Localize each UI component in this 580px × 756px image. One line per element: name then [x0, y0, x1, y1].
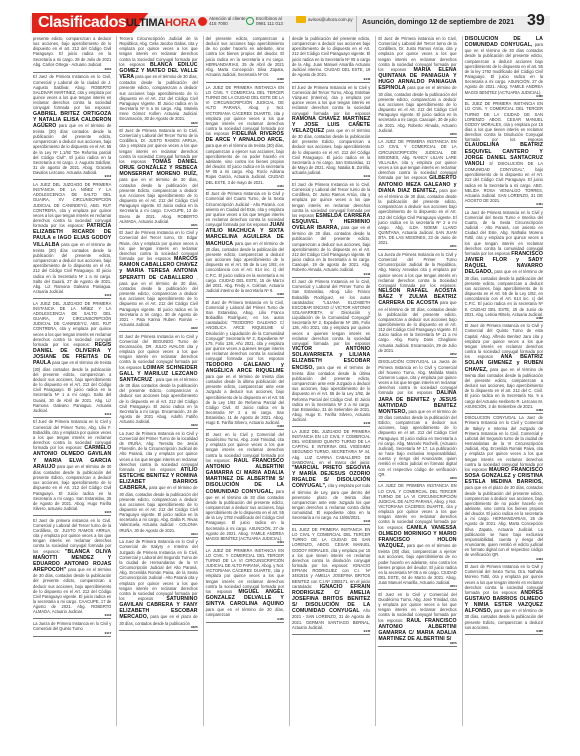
notice-body: La Juez de Primera Instancia en lo Civil… — [119, 431, 197, 472]
page-number: 39 — [527, 12, 545, 30]
notice-body-tail: para que en el término de treinta (30) d… — [33, 123, 111, 175]
legal-notice: El Juez de Primera Instancia en lo Civil… — [465, 323, 543, 414]
notice-body: LA JUEZ DE PRIMERA INSTANCIA EN LO CIVIL… — [206, 85, 284, 136]
notice-body-tail: para que en el término de treinta (30) d… — [33, 242, 111, 294]
notice-body-tail: para que en el término de 30 días, conta… — [292, 128, 370, 175]
legal-notice: LA JUEZ DE PRIMERA INSTANCIA EN LO CIVIL… — [378, 139, 456, 250]
legal-notice: El Juez de Primera Instancia en lo Civil… — [292, 182, 370, 278]
newspaper-logo: ULTIMAHORA — [126, 17, 196, 29]
legal-notice: EL JUEZ DE PRIMERA INSTANCIA EN LO CIVIL… — [465, 101, 543, 208]
legal-notice: DISOLUCIÓN CONYUGAL La Jueza de Primera … — [378, 359, 456, 481]
legal-notice: El Juez en lo Civil y Comercial del Duod… — [206, 432, 284, 546]
notice-ref-code: 9443 — [292, 422, 370, 425]
notice-ref-code: 9444 — [292, 520, 370, 523]
legal-notice: El Juez de Primera Instancia en lo Civil… — [119, 230, 197, 332]
legal-notice: El Juez de Primera Instancia en lo Civil… — [33, 74, 111, 180]
legal-notice: LA JUEZ DE PRIMERA INSTANCIA EN LO CIVIL… — [206, 548, 284, 623]
notice-body-tail: , para que en el término de 30 días cont… — [119, 377, 197, 424]
column-4: desde la publicación del presente edicto… — [289, 36, 372, 726]
notice-body-tail: para que en el término de treinta (30) d… — [206, 143, 284, 184]
column-2: Tercera Circunscripción Judicial de la R… — [116, 36, 199, 726]
notice-ref-code: 9441 — [292, 175, 370, 178]
notice-body: LA JUEZ DE PRIMERA INSTANCIA EN LO CIVIL… — [206, 548, 284, 594]
column-6: DISOLUCIÓN DE LA COMUNIDAD CONYUGAL, par… — [462, 36, 545, 726]
notice-body-tail: para que en el término de 30 días, conta… — [465, 269, 543, 316]
notice-ref-code: 9440 — [292, 78, 370, 81]
notice-ref-code: 9413 — [33, 294, 111, 297]
legal-notice: presente edicto, comparezcan a deducir s… — [33, 36, 111, 73]
column-5: El Juez de Primera instancia en lo Civil… — [375, 36, 458, 726]
notice-names: TEODORO GALEANO y ANGÉLICA ARCE RIQUELME — [206, 362, 284, 374]
logo-main: ULTIMA — [126, 17, 165, 29]
notice-body-tail: para que en el término de 30 días contad… — [33, 464, 111, 511]
notice-ref-code: 9416 — [33, 614, 111, 617]
legal-notice: El Juez de Primera instancia en lo Civil… — [378, 36, 456, 138]
notice-body: El Juez de Primera Instancia en lo Civil… — [206, 300, 284, 362]
contact-email: avisos@uhora.com.py — [296, 16, 353, 23]
notice-body: La Jueza de Primera Instancia en lo Civi… — [33, 621, 111, 631]
notice-body-tail: para que en el término de 30 días contad… — [465, 42, 543, 94]
legal-notice: La Jueza de Primera Instancia en lo Civi… — [378, 252, 456, 358]
notice-ref-code: 9417 — [33, 632, 111, 635]
notice-body: presente edicto, comparezcan a deducir s… — [33, 36, 111, 67]
notice-body: La Juez de Primera Instancia en lo Civil… — [465, 210, 543, 256]
legal-notice: La Juez de Primera Instancia en lo Civil… — [119, 539, 197, 631]
notice-body-tail: para que en el término de 30 días, conta… — [378, 85, 456, 132]
logo-accent: HORA — [165, 17, 196, 29]
notice-body: DISOLUCION CONYUGAL La Juez de Primera I… — [465, 415, 543, 472]
notice-body-tail: para que en el término de 30 días, conta… — [378, 300, 456, 352]
notice-ref-code: 9424 — [119, 533, 197, 536]
notice-body: LA JUEZ DE PRIMERA INSTANCIA EN LO CIVIL… — [378, 139, 456, 180]
notice-body-tail: para que en el término de 30 días contad… — [206, 489, 284, 541]
notice-ref-code: 9431 — [206, 185, 284, 188]
notice-body-tail: para que en el término de treinta (30) d… — [378, 543, 456, 585]
notice-ref-code: 9435 — [206, 618, 284, 621]
notice-ref-code: 9434 — [206, 541, 284, 544]
notice-body: desde la publicación del presente edicto… — [292, 36, 370, 77]
notice-ref-code: 9460 — [465, 95, 543, 98]
notice-ref-code: 9421 — [119, 224, 197, 227]
notice-body-tail: para que en el término de 30 días contad… — [378, 409, 456, 477]
dateline: Asunción, domingo 12 de septiembre de 20… — [362, 19, 514, 26]
notice-ref-code: 9465 — [465, 630, 543, 633]
notice-ref-code: 9433 — [206, 425, 284, 428]
notice-body-tail: para que en el término de 30 días, conta… — [378, 188, 456, 246]
notice-ref-code: 9454 — [378, 585, 456, 588]
notice-names: DISOLUCIÓN DE LA COMUNIDAD CONYUGAL, — [465, 36, 543, 48]
notice-body: LA JUEZ DE PRIMERA INSTANCIA EN LO CIVIL… — [378, 483, 456, 529]
notice-body-tail: para que en el término de 30 días, conta… — [206, 241, 284, 293]
notice-ref-code: 9422 — [119, 327, 197, 330]
legal-notice: LA JUEZ DE PRIMERA INSTANCIA EN LO CIVIL… — [206, 85, 284, 190]
header-divider — [356, 16, 357, 32]
legal-notice: Tercera Circunscripción Judicial de la R… — [119, 36, 197, 127]
notice-body: EL JUEZ DE PRIMERA INSTANCIA EN LO CIVIL… — [465, 101, 543, 142]
legal-notice: El Juez de primera instancia en lo Civil… — [33, 518, 111, 620]
legal-notice: La Juez de Primera Instancia en lo Civil… — [465, 210, 543, 322]
notice-body: LA JUEZ DEL JUZGADO DE PRIMERA INSTANCIA… — [292, 429, 370, 465]
legal-notice: El Juez de Primera Instancia en lo Civil… — [119, 128, 197, 229]
legal-notice: El Juez de Primera Instancia en lo Civil… — [292, 279, 370, 427]
notice-body-tail: para que en el término de 30 días, conta… — [119, 177, 197, 223]
notice-body: El Juez de Primera Instancia en lo Civil… — [292, 85, 370, 116]
notice-ref-code: 9451 — [378, 245, 456, 248]
legal-notice: El Juez de Primera Instancia en lo Civil… — [465, 564, 543, 635]
notice-ref-code: 9442 — [292, 273, 370, 276]
envelope-icon — [296, 16, 306, 23]
notice-body-tail: para que en el término de 30 días, compa… — [206, 607, 284, 617]
legal-notice: desde la publicación del presente edicto… — [292, 36, 370, 83]
notice-body: La Juez de Primera Instancia en lo Civil… — [119, 539, 197, 601]
notice-body-tail: para que en el término de 30 días, conta… — [292, 225, 370, 272]
notice-body-tail: para que en el término de 30 días, conta… — [33, 567, 111, 614]
notice-body-tail: para que en el término de treinta días c… — [292, 365, 370, 423]
notice-body-tail: para que en el término de 30 días, conta… — [119, 74, 197, 121]
legal-notice: LA JUEZ DEL JUZGADO DE PRIMERA INSTANCIA… — [33, 182, 111, 299]
notice-ref-code: 9463 — [465, 409, 543, 412]
notice-ref-code: 9415 — [33, 511, 111, 514]
legal-notice: LA JUEZ DEL JUZGADO DE PRIMERA INSTANCIA… — [292, 429, 370, 526]
notice-ref-code: 9423 — [119, 424, 197, 427]
email-address: avisos@uhora.com.py — [308, 17, 353, 22]
legal-notice: DISOLUCIÓN DE LA COMUNIDAD CONYUGAL, par… — [465, 36, 543, 100]
legal-notice: del presente edicto, comparezcan a deduc… — [206, 36, 284, 83]
notice-names: RAUL FRANCISCO ANTONIO ALBERTINI GAMARRA… — [206, 458, 284, 495]
notice-ref-code: 9455 — [378, 642, 456, 645]
page-header: Clasificados ULTIMAHORA Atención al clie… — [0, 0, 580, 34]
legal-notice: El Juez de Primera Instancia en lo Civil… — [292, 85, 370, 181]
legal-notice: El Juez de Primera Instancia en lo Civil… — [33, 419, 111, 516]
notice-body: del presente edicto, comparezcan a deduc… — [206, 36, 284, 77]
notice-ref-code: 9425 — [119, 626, 197, 629]
notice-body: El Juez de Primera Instancia en lo Civil… — [292, 279, 370, 346]
classifieds-columns: presente edicto, comparezcan a deducir s… — [31, 36, 545, 726]
notice-body: El Juez de Primera Instancia en lo Civil… — [33, 74, 111, 110]
notice-body-tail: para que en el término de 30 días, conta… — [119, 485, 197, 532]
phone-icon — [198, 17, 207, 26]
notice-body-tail: S/ DISOLUCIÓN DE LA COMUNIDAD CONYUGAL",… — [465, 161, 543, 203]
notice-body: EL JUEZ DE PRIMERA INSTANCIA EN LO CIVIL… — [292, 527, 370, 589]
whatsapp-icon — [246, 17, 254, 25]
notice-ref-code: 9464 — [465, 558, 543, 561]
legal-notice: EL JUEZ DE PRIMERA INSTANCIA EN LO CIVIL… — [292, 527, 370, 635]
legal-notice: La Jueza de Primera Instancia en lo Civi… — [33, 621, 111, 637]
notice-body: LA JUEZ DEL JUZGADO DE PRIMERA INSTANCIA… — [33, 301, 111, 347]
legal-notice: DISOLUCION CONYUGAL La Juez de Primera I… — [465, 415, 543, 562]
notice-body-tail: para que en el término de treinta días c… — [465, 367, 543, 409]
notice-ref-code: 9452 — [378, 353, 456, 356]
notice-ref-code: 9445 — [292, 630, 370, 633]
legal-notice: El Juez de Primera Instancia en lo Civil… — [206, 300, 284, 431]
notice-ref-code: 9461 — [465, 203, 543, 206]
contact-phone: Atención al cliente:415 7000 — [198, 16, 247, 26]
notice-body-tail: cita y emplaza por todo el término de Le… — [292, 483, 370, 520]
notice-body: La Jueza de Primera Instancia en lo Civi… — [378, 252, 456, 288]
legal-notice: LA JUEZ DEL JUZGADO DE PRIMERA INSTANCIA… — [33, 301, 111, 418]
column-1: presente edicto, comparezcan a deducir s… — [31, 36, 113, 726]
notice-body-tail: para que en el término de treinta días c… — [206, 374, 284, 425]
notice-body-tail: para que en el término de treinta (30) d… — [33, 360, 111, 412]
notice-ref-code: 9462 — [465, 317, 543, 320]
notice-ref-code: 9414 — [33, 413, 111, 416]
legal-notice: El Juez de Primera Instancia en lo Civil… — [206, 191, 284, 298]
contact-whatsapp: Escríbinos al0981 111 013 — [246, 16, 283, 26]
legal-notice: El Juez en lo Civil y Comercial del Duod… — [378, 592, 456, 647]
notice-ref-code: 9432 — [206, 293, 284, 296]
notice-body-tail: , para que en el término de 30 días, con… — [119, 275, 197, 327]
notice-ref-code: 9450 — [378, 133, 456, 136]
phone-number: 415 7000 — [209, 21, 228, 26]
notice-body: LA JUEZ DEL JUZGADO DE PRIMERA INSTANCIA… — [33, 182, 111, 228]
column-3: del presente edicto, comparezcan a deduc… — [203, 36, 286, 726]
notice-ref-code: 9420 — [119, 122, 197, 125]
notice-body-tail: para que en el plazo de 30 días, contado… — [465, 485, 543, 557]
whatsapp-number: 0981 111 013 — [256, 21, 283, 26]
legal-notice: El Juez de Primera Instancia en lo Civil… — [119, 334, 197, 430]
notice-ref-code: 9430 — [206, 78, 284, 81]
notice-ref-code: 9453 — [378, 477, 456, 480]
notice-ref-code: 9410 — [33, 68, 111, 71]
notice-ref-code: 9412 — [33, 175, 111, 178]
legal-notice: LA JUEZ DE PRIMERA INSTANCIA EN LO CIVIL… — [378, 483, 456, 590]
legal-notice: La Juez de Primera Instancia en lo Civil… — [119, 431, 197, 538]
